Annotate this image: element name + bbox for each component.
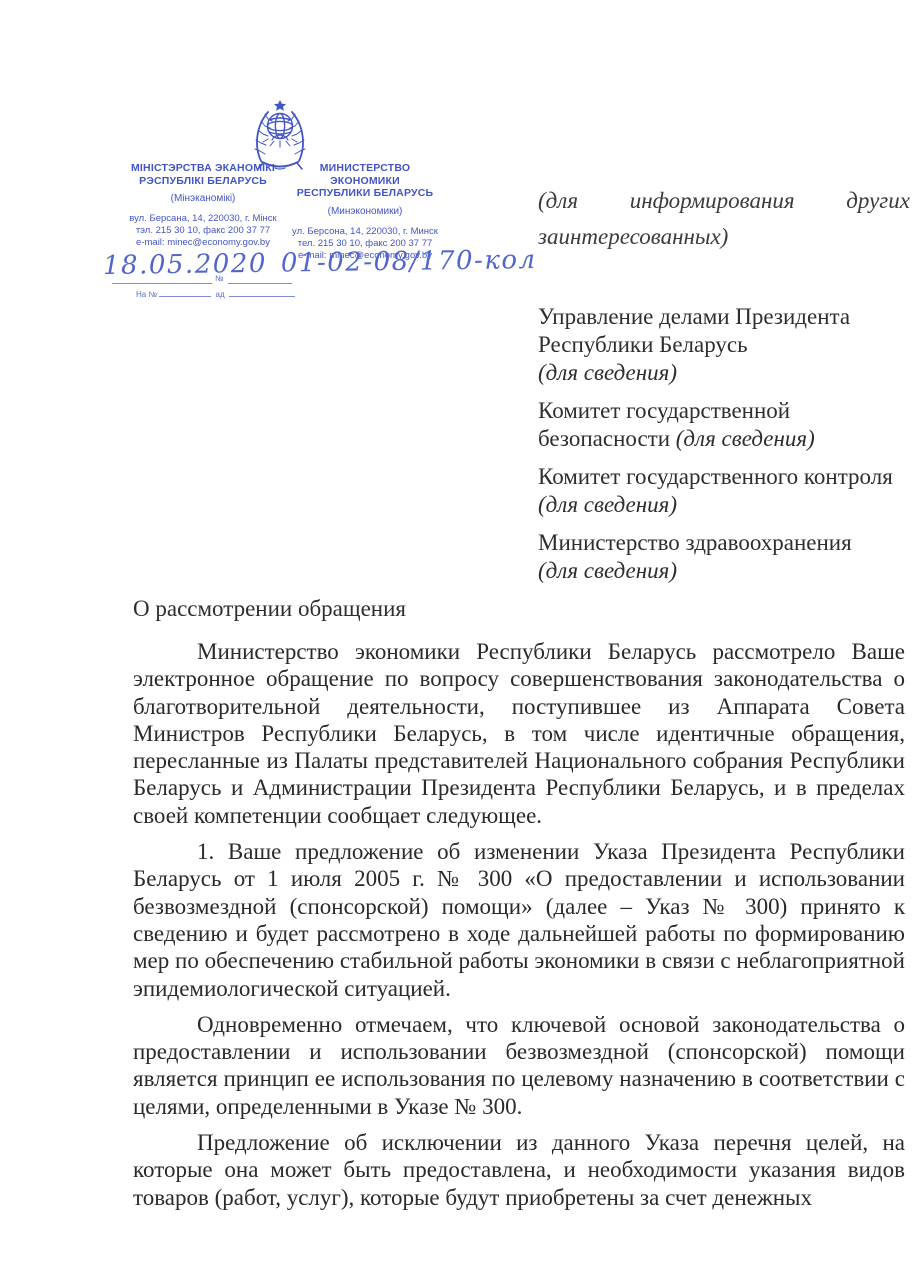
recipient-name: Комитет государственного контроля [538,464,893,489]
recipients-block: Управление делами Президента Республики … [538,303,920,595]
distribution-note: (для информирования других заинтересован… [538,183,910,255]
recipient-president-administration: Управление делами Президента Республики … [538,303,920,387]
ministry-name-by-line1: МІНІСТЭРСТВА ЭКАНОМІКІ [124,162,282,175]
body-paragraph-2: 1. Ваше предложение об изменении Указа П… [133,838,905,1002]
scanned-letter-page: МІНІСТЭРСТВА ЭКАНОМІКІ РЭСПУБЛІКІ БЕЛАРУ… [0,0,921,1280]
ministry-name-ru-line1: МИНИСТЕРСТВО ЭКОНОМИКИ [286,162,444,187]
recipient-name: Управление делами Президента Республики … [538,304,850,357]
reply-date-blank [229,288,295,297]
letter-subject: О рассмотрении обращения [133,596,406,622]
date-blank-line [112,283,212,284]
form-number-sign: № [215,274,224,283]
ministry-short-name-ru: (Минэкономики) [286,206,444,217]
handwritten-number: 01-02-08/170-кол [281,245,537,279]
recipient-state-security-committee: Комитет государственной безопасности (дл… [538,397,920,453]
ministry-short-name-by: (Мінэканомікі) [124,193,282,204]
recipient-state-control-committee: Комитет государственного контроля (для с… [538,463,920,519]
recipient-note: (для сведения) [538,492,677,517]
recipient-health-ministry: Министерство здравоохранения (для сведен… [538,529,920,585]
reply-reference-row: На № ад [136,288,295,299]
ministry-address-by: вул. Берсана, 14, 220030, г. Мінск [124,213,282,225]
ministry-email-by: e-mail: minec@economy.gov.by [124,237,282,249]
ministry-phone-by: тэл. 215 30 10, факс 200 37 77 [124,225,282,237]
recipient-name: Министерство здравоохранения [538,530,852,555]
handwritten-date: 18.05.2020 [103,249,267,281]
letter-body: Министерство экономики Республики Белару… [133,638,905,1220]
handwritten-outgoing-reference: 18.05.202001-02-08/170-кол [103,245,537,281]
ministry-name-ru-line2: РЕСПУБЛИКИ БЕЛАРУСЬ [286,187,444,200]
reply-from-label: ад [216,290,225,299]
recipient-note: (для сведения) [538,557,920,585]
letterhead-column-belarusian: МІНІСТЭРСТВА ЭКАНОМІКІ РЭСПУБЛІКІ БЕЛАРУ… [124,162,282,249]
ministry-name-by-line2: РЭСПУБЛІКІ БЕЛАРУСЬ [124,175,282,188]
reply-number-blank [159,288,211,297]
recipient-note: (для сведения) [676,426,815,451]
number-blank-line [228,283,292,284]
ministry-address-ru: ул. Берсона, 14, 220030, г. Минск [286,226,444,238]
body-paragraph-4: Предложение об исключении из данного Ука… [133,1129,905,1211]
recipient-note: (для сведения) [538,359,920,387]
body-paragraph-3: Одновременно отмечаем, что ключевой осно… [133,1011,905,1120]
reply-prefix: На № [136,290,157,299]
body-paragraph-1: Министерство экономики Республики Белару… [133,638,905,829]
